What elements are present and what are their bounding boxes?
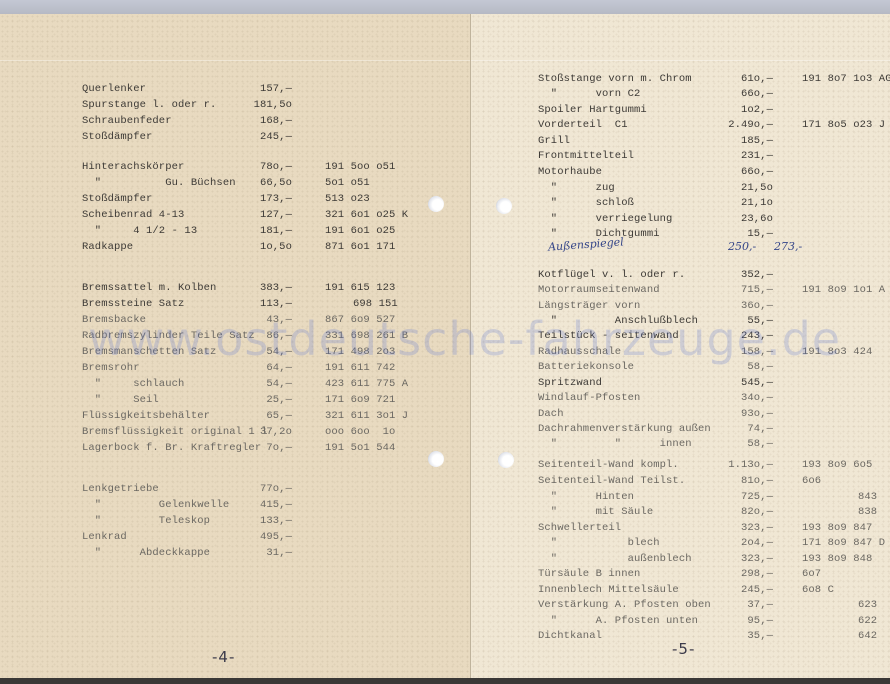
part-name: Bremssattel m. Kolben	[82, 281, 216, 296]
part-number: 191 5o1 544	[325, 441, 435, 456]
table-row: Radbremszylinder Teile Satz86,—331 698 2…	[82, 329, 462, 344]
part-number: 191 8o7 1o3 AGD	[802, 72, 890, 87]
part-name: Bremsflüssigkeit original 1 l	[82, 425, 268, 440]
part-price: 25,—	[242, 393, 292, 408]
part-price: 245,—	[723, 583, 773, 598]
part-price: 415,—	[242, 498, 292, 513]
table-row: Dachrahmenverstärkung außen74,—	[538, 422, 888, 437]
table-row: Seitenteil-Wand Teilst.81o,—6o6	[538, 474, 888, 489]
part-name: " Teleskop	[82, 514, 210, 529]
punch-hole-icon	[498, 452, 514, 468]
part-name: " Gu. Büchsen	[82, 176, 236, 191]
part-name: " mit Säule	[538, 505, 653, 520]
table-row: Motorhaube66o,—	[538, 165, 888, 180]
part-price: 352,—	[723, 268, 773, 283]
part-name: Verstärkung A. Pfosten oben	[538, 598, 711, 613]
part-name: Radkappe	[82, 240, 133, 255]
part-price: 77o,—	[242, 482, 292, 497]
part-name: Lagerbock f. Br. Kraftregler	[82, 441, 261, 456]
part-price: 82o,—	[723, 505, 773, 520]
part-price: 113,—	[242, 297, 292, 312]
table-row: " " innen58,—	[538, 437, 888, 452]
table-row: " vorn C266o,—	[538, 87, 888, 102]
part-number: 193 8o9 6o5	[802, 458, 890, 473]
part-name: " schlauch	[82, 377, 184, 392]
part-name: Spoiler Hartgummi	[538, 103, 647, 118]
table-row: Bremssattel m. Kolben383,—191 615 123	[82, 281, 462, 296]
part-number: 193 8o9 847	[802, 521, 890, 536]
part-name: " Anschlußblech	[538, 314, 698, 329]
table-row: Dichtkanal35,—642	[538, 629, 888, 644]
part-price: 93o,—	[723, 407, 773, 422]
part-price: 55,—	[723, 314, 773, 329]
table-row: Stoßstange vorn m. Chrom61o,—191 8o7 1o3…	[538, 72, 888, 87]
table-row: Radhausschale158,—191 8o3 424	[538, 345, 888, 360]
table-row: Spoiler Hartgummi1o2,—	[538, 103, 888, 118]
table-row: Verstärkung A. Pfosten oben37,—623	[538, 598, 888, 613]
part-price: 7o,—	[242, 441, 292, 456]
table-row: Bremsflüssigkeit original 1 l37,2oooo 6o…	[82, 425, 462, 440]
part-name: Lenkrad	[82, 530, 127, 545]
table-row: Batteriekonsole58,—	[538, 360, 888, 375]
paper-fold-line	[471, 60, 890, 61]
part-price: 66o,—	[723, 165, 773, 180]
part-price: 74,—	[723, 422, 773, 437]
handwritten-note-price-1: 250,-	[728, 240, 756, 253]
table-row: Teilstück - seitenwand243,—	[538, 329, 888, 344]
part-name: Vorderteil C1	[538, 118, 628, 133]
page-number-right: -5-	[672, 640, 695, 658]
part-price: 2.49o,—	[723, 118, 773, 133]
part-number: 191 6o1 o25	[325, 224, 435, 239]
table-row: Spritzwand545,—	[538, 376, 888, 391]
table-row: Hinterachskörper78o,—191 5oo o51	[82, 160, 462, 175]
part-number: 171 498 2o3	[325, 345, 435, 360]
part-number: 642	[858, 629, 890, 644]
table-row: Stoßdämpfer173,—513 o23	[82, 192, 462, 207]
part-price: 78o,—	[242, 160, 292, 175]
part-name: Stoßdämpfer	[82, 192, 152, 207]
part-price: 23,6o	[723, 212, 773, 227]
part-price: 323,—	[723, 521, 773, 536]
part-name: " Abdeckkappe	[82, 546, 210, 561]
part-name: " A. Pfosten unten	[538, 614, 698, 629]
table-row: Spurstange l. oder r.181,5o	[82, 98, 462, 113]
table-row: Seitenteil-Wand kompl.1.13o,—193 8o9 6o5	[538, 458, 888, 473]
part-number: 321 6o1 o25 K	[325, 208, 435, 223]
table-row: Bremsbacke43,—867 6o9 527	[82, 313, 462, 328]
part-number: 193 8o9 848	[802, 552, 890, 567]
page-number-left: -4-	[212, 648, 235, 666]
part-price: 58,—	[723, 360, 773, 375]
part-name: Scheibenrad 4-13	[82, 208, 184, 223]
table-row: " Gu. Büchsen66,5o5o1 o51	[82, 176, 462, 191]
part-price: 181,—	[242, 224, 292, 239]
table-row: " schloß21,1o	[538, 196, 888, 211]
part-number: 191 615 123	[325, 281, 435, 296]
part-number: 871 6o1 171	[325, 240, 435, 255]
part-number: 698 151	[353, 297, 463, 312]
part-price: 715,—	[723, 283, 773, 298]
part-price: 21,1o	[723, 196, 773, 211]
table-row: Lagerbock f. Br. Kraftregler7o,—191 5o1 …	[82, 441, 462, 456]
part-name: " blech	[538, 536, 660, 551]
table-row: Türsäule B innen298,—6o7	[538, 567, 888, 582]
part-number: ooo 6oo 1o	[325, 425, 435, 440]
scan-bottom-edge	[0, 678, 890, 684]
part-price: 43,—	[242, 313, 292, 328]
paper-fold-line	[0, 60, 470, 61]
part-number: 622	[858, 614, 890, 629]
part-name: Türsäule B innen	[538, 567, 640, 582]
part-name: Radbremszylinder Teile Satz	[82, 329, 255, 344]
table-row: Bremssteine Satz113,—698 151	[82, 297, 462, 312]
table-row: " Abdeckkappe31,—	[82, 546, 462, 561]
part-price: 61o,—	[723, 72, 773, 87]
part-name: Dichtkanal	[538, 629, 602, 644]
part-name: Dachrahmenverstärkung außen	[538, 422, 711, 437]
part-name: Stoßstange vorn m. Chrom	[538, 72, 692, 87]
punch-hole-icon	[496, 198, 512, 214]
part-price: 66o,—	[723, 87, 773, 102]
table-row: " außenblech323,—193 8o9 848	[538, 552, 888, 567]
handwritten-note-price-2: 273,-	[774, 240, 802, 253]
part-name: " Gelenkwelle	[82, 498, 229, 513]
part-name: Spurstange l. oder r.	[82, 98, 216, 113]
table-row: " Seil25,—171 6o9 721	[82, 393, 462, 408]
part-price: 58,—	[723, 437, 773, 452]
part-price: 37,—	[723, 598, 773, 613]
table-row: Flüssigkeitsbehälter65,—321 611 3o1 J	[82, 409, 462, 424]
part-name: Spritzwand	[538, 376, 602, 391]
part-price: 64,—	[242, 361, 292, 376]
part-price: 495,—	[242, 530, 292, 545]
part-price: 323,—	[723, 552, 773, 567]
table-row: Windlauf-Pfosten34o,—	[538, 391, 888, 406]
part-price: 95,—	[723, 614, 773, 629]
part-price: 65,—	[242, 409, 292, 424]
part-name: Seitenteil-Wand kompl.	[538, 458, 679, 473]
table-row: " Teleskop133,—	[82, 514, 462, 529]
table-row: " 4 1/2 - 13181,—191 6o1 o25	[82, 224, 462, 239]
part-name: Grill	[538, 134, 570, 149]
part-number: 171 8o9 847 D	[802, 536, 890, 551]
table-row: Dach93o,—	[538, 407, 888, 422]
part-name: Bremsmanschetten Satz	[82, 345, 216, 360]
table-row: Grill185,—	[538, 134, 888, 149]
part-name: " zug	[538, 181, 615, 196]
part-name: Frontmittelteil	[538, 149, 634, 164]
part-price: 383,—	[242, 281, 292, 296]
table-row: Innenblech Mittelsäule245,—6o8 C	[538, 583, 888, 598]
part-price: 66,5o	[242, 176, 292, 191]
part-price: 545,—	[723, 376, 773, 391]
table-row: Schwellerteil323,—193 8o9 847	[538, 521, 888, 536]
part-name: " Hinten	[538, 490, 634, 505]
part-name: Dach	[538, 407, 564, 422]
part-name: Kotflügel v. l. oder r.	[538, 268, 685, 283]
part-price: 1o,5o	[242, 240, 292, 255]
part-price: 173,—	[242, 192, 292, 207]
part-price: 181,5o	[242, 98, 292, 113]
part-price: 35,—	[723, 629, 773, 644]
part-price: 157,—	[242, 82, 292, 97]
table-row: " verriegelung23,6o	[538, 212, 888, 227]
part-number: 171 8o5 o23 J	[802, 118, 890, 133]
scan-top-edge	[0, 0, 890, 14]
part-number: 191 8o9 1o1 A	[802, 283, 890, 298]
part-number: 6o8 C	[802, 583, 890, 598]
part-name: Radhausschale	[538, 345, 621, 360]
part-price: 34o,—	[723, 391, 773, 406]
table-row: Radkappe1o,5o871 6o1 171	[82, 240, 462, 255]
part-name: Querlenker	[82, 82, 146, 97]
part-price: 243,—	[723, 329, 773, 344]
part-number: 191 611 742	[325, 361, 435, 376]
table-row: " mit Säule82o,—838	[538, 505, 888, 520]
part-number: 321 611 3o1 J	[325, 409, 435, 424]
part-name: Schwellerteil	[538, 521, 621, 536]
part-name: Motorhaube	[538, 165, 602, 180]
part-name: Flüssigkeitsbehälter	[82, 409, 210, 424]
table-row: Frontmittelteil231,—	[538, 149, 888, 164]
part-name: Lenkgetriebe	[82, 482, 159, 497]
part-number: 6o7	[802, 567, 890, 582]
part-price: 127,—	[242, 208, 292, 223]
table-row: " Hinten725,—843	[538, 490, 888, 505]
part-price: 36o,—	[723, 299, 773, 314]
part-price: 21,5o	[723, 181, 773, 196]
table-row: " Anschlußblech55,—	[538, 314, 888, 329]
part-number: 5o1 o51	[325, 176, 435, 191]
part-name: Hinterachskörper	[82, 160, 184, 175]
table-row: Bremsmanschetten Satz54,—171 498 2o3	[82, 345, 462, 360]
part-name: Schraubenfeder	[82, 114, 172, 129]
part-name: Stoßdämpfer	[82, 130, 152, 145]
part-price: 31,—	[242, 546, 292, 561]
table-row: Schraubenfeder168,—	[82, 114, 462, 129]
part-number: 513 o23	[325, 192, 435, 207]
part-name: Motorraumseitenwand	[538, 283, 660, 298]
part-number: 191 5oo o51	[325, 160, 435, 175]
part-name: Längsträger vorn	[538, 299, 640, 314]
table-row: Bremsrohr64,—191 611 742	[82, 361, 462, 376]
part-price: 2o4,—	[723, 536, 773, 551]
part-number: 191 8o3 424	[802, 345, 890, 360]
table-row: " Gelenkwelle415,—	[82, 498, 462, 513]
part-name: " verriegelung	[538, 212, 672, 227]
part-price: 1o2,—	[723, 103, 773, 118]
part-name: Seitenteil-Wand Teilst.	[538, 474, 685, 489]
part-name: " vorn C2	[538, 87, 640, 102]
table-row: Vorderteil C12.49o,—171 8o5 o23 J	[538, 118, 888, 133]
part-price: 168,—	[242, 114, 292, 129]
table-row: Lenkgetriebe77o,—	[82, 482, 462, 497]
part-number: 171 6o9 721	[325, 393, 435, 408]
part-price: 81o,—	[723, 474, 773, 489]
part-name: Innenblech Mittelsäule	[538, 583, 679, 598]
table-row: Kotflügel v. l. oder r.352,—	[538, 268, 888, 283]
table-row: Scheibenrad 4-13127,—321 6o1 o25 K	[82, 208, 462, 223]
part-price: 185,—	[723, 134, 773, 149]
part-number: 623	[858, 598, 890, 613]
part-price: 245,—	[242, 130, 292, 145]
part-name: " außenblech	[538, 552, 692, 567]
table-row: " schlauch54,—423 611 775 A	[82, 377, 462, 392]
table-row: Lenkrad495,—	[82, 530, 462, 545]
table-row: " zug21,5o	[538, 181, 888, 196]
part-price: 133,—	[242, 514, 292, 529]
part-name: " 4 1/2 - 13	[82, 224, 197, 239]
part-name: " Seil	[82, 393, 159, 408]
part-name: Bremsrohr	[82, 361, 140, 376]
table-row: Längsträger vorn36o,—	[538, 299, 888, 314]
part-price: 231,—	[723, 149, 773, 164]
part-number: 843	[858, 490, 890, 505]
part-price: 86,—	[242, 329, 292, 344]
part-name: Batteriekonsole	[538, 360, 634, 375]
part-number: 423 611 775 A	[325, 377, 435, 392]
part-name: " " innen	[538, 437, 692, 452]
part-price: 725,—	[723, 490, 773, 505]
part-number: 6o6	[802, 474, 890, 489]
table-row: " A. Pfosten unten95,—622	[538, 614, 888, 629]
part-name: Bremssteine Satz	[82, 297, 184, 312]
part-price: 37,2o	[242, 425, 292, 440]
part-price: 298,—	[723, 567, 773, 582]
part-price: 158,—	[723, 345, 773, 360]
table-row: Stoßdämpfer245,—	[82, 130, 462, 145]
part-name: Bremsbacke	[82, 313, 146, 328]
part-number: 867 6o9 527	[325, 313, 435, 328]
part-price: 1.13o,—	[723, 458, 773, 473]
table-row: Motorraumseitenwand715,—191 8o9 1o1 A	[538, 283, 888, 298]
part-number: 838	[858, 505, 890, 520]
table-row: Querlenker157,—	[82, 82, 462, 97]
part-price: 54,—	[242, 377, 292, 392]
part-number: 331 698 261 B	[325, 329, 435, 344]
table-row: " blech2o4,—171 8o9 847 D	[538, 536, 888, 551]
part-name: Teilstück - seitenwand	[538, 329, 679, 344]
part-name: Windlauf-Pfosten	[538, 391, 640, 406]
part-name: " schloß	[538, 196, 634, 211]
part-price: 54,—	[242, 345, 292, 360]
